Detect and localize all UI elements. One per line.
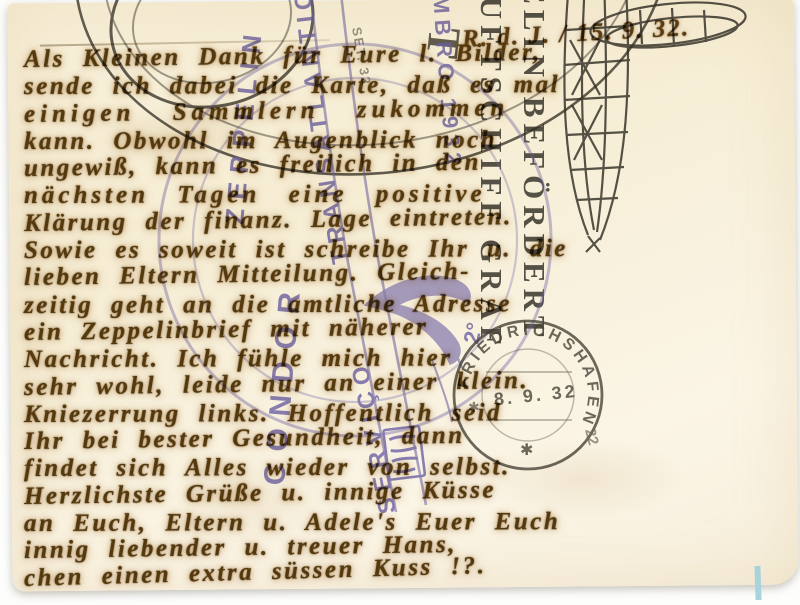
handwriting-block: Als Kleinen Dank für Eure l. Bilder, sen…	[24, 46, 794, 592]
postcard-scan: R. d. J. / 15. 9. 32. Als Kleinen Dank f…	[0, 0, 800, 605]
scan-edge-artifact	[754, 566, 761, 600]
